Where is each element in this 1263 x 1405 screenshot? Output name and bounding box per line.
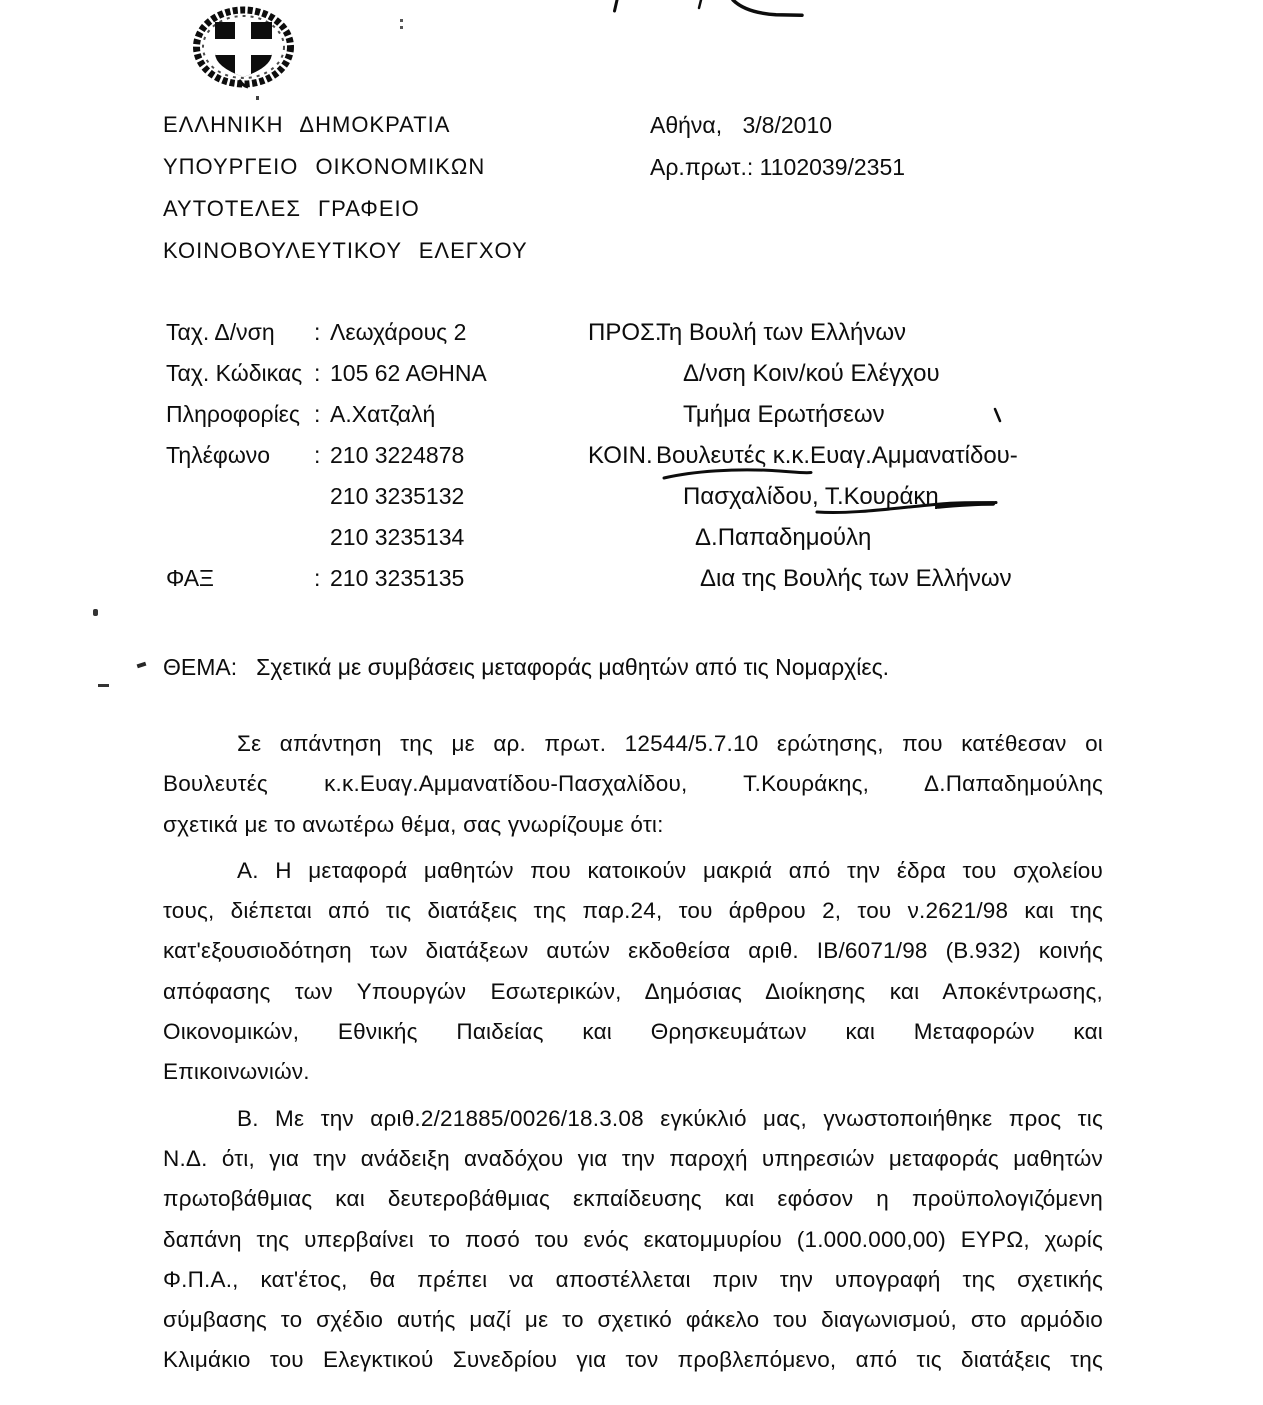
paragraph-a: Α. Η μεταφορά μαθητών που κατοικούν μακρ… [163,851,1103,1093]
scan-artifact [137,662,147,669]
document-page: ΕΛΛΗΝΙΚΗ ΔΗΜΟΚΡΑΤΙΑ ΥΠΟΥΡΓΕΙΟ ΟΙΚΟΝΟΜΙΚΩ… [0,0,1263,1405]
koin-line: Βουλευτές κ.κ.Ευαγ.Αμμανατίδου- [656,435,1018,476]
contact-block: Ταχ. Δ/νση:Λεωχάρους 2 Ταχ. Κώδικας:105 … [166,312,487,599]
koin-line: Δ.Παπαδημούλη [588,517,1148,558]
scan-artifact [256,96,259,100]
body-line: Β. Με την αριθ.2/21885/0026/18.3.08 εγκύ… [163,1099,1103,1139]
paragraph-b: Β. Με την αριθ.2/21885/0026/18.3.08 εγκύ… [163,1099,1103,1381]
contact-label: Ταχ. Κώδικας [166,353,314,394]
body-line: Βουλευτές κ.κ.Ευαγ.Αμμανατίδου-Πασχαλίδο… [163,764,1103,804]
body-line: Σε απάντηση της με αρ. πρωτ. 12544/5.7.1… [163,724,1103,764]
contact-label: ΦΑΞ [166,558,314,599]
contact-value: 210 3235132 [330,476,464,517]
contact-row-postcode: Ταχ. Κώδικας:105 62 ΑΘΗΝΑ [166,353,487,394]
contact-sep: : [314,394,330,435]
contact-sep [314,476,330,517]
body-line: πρωτοβάθμιας και δευτεροβάθμιας εκπαίδευ… [163,1179,1103,1219]
org-line-4: ΚΟΙΝΟΒΟΥΛΕΥΤΙΚΟΥ ΕΛΕΓΧΟΥ [163,230,528,272]
subject-text: Σχετικά με συμβάσεις μεταφοράς μαθητών α… [256,654,889,680]
pros-line: Τη Βουλή των Ελλήνων [656,312,906,353]
body-line: Οικονομικών, Εθνικής Παιδείας και Θρησκε… [163,1012,1103,1052]
contact-label: Τηλέφωνο [166,435,314,476]
contact-label [166,517,314,558]
city-date: Αθήνα, 3/8/2010 [650,104,905,146]
pros-label: ΠΡΟΣ. [588,312,656,353]
body-line: σύμβασης το σχέδιο αυτής μαζί με το σχετ… [163,1300,1103,1340]
letterhead-org: ΕΛΛΗΝΙΚΗ ΔΗΜΟΚΡΑΤΙΑ ΥΠΟΥΡΓΕΙΟ ΟΙΚΟΝΟΜΙΚΩ… [163,104,528,272]
contact-label: Ταχ. Δ/νση [166,312,314,353]
contact-value: 210 3224878 [330,435,464,476]
org-line-3: ΑΥΤΟΤΕΛΕΣ ΓΡΑΦΕΙΟ [163,188,528,230]
body-line: Φ.Π.Α., κατ'έτος, θα πρέπει να αποστέλλε… [163,1260,1103,1300]
contact-value: Λεωχάρους 2 [330,312,466,353]
recipients-block: ΠΡΟΣ.Τη Βουλή των Ελλήνων Δ/νση Κοιν/κού… [588,312,1148,599]
koin-line: Δια της Βουλής των Ελλήνων [588,558,1148,599]
contact-row-fax: ΦΑΞ:210 3235135 [166,558,487,599]
contact-sep: : [314,558,330,599]
body-line: σχετικά με το ανωτέρω θέμα, σας γνωρίζου… [163,805,1103,845]
org-line-2: ΥΠΟΥΡΓΕΙΟ ΟΙΚΟΝΟΜΙΚΩΝ [163,146,528,188]
contact-value: 210 3235134 [330,517,464,558]
body-line: τους, διέπεται από τις διατάξεις της παρ… [163,891,1103,931]
pros-line: Τμήμα Ερωτήσεων [588,394,1148,435]
contact-value: Α.Χατζαλή [330,394,435,435]
org-line-1: ΕΛΛΗΝΙΚΗ ΔΗΜΟΚΡΑΤΙΑ [163,104,528,146]
date-protocol-block: Αθήνα, 3/8/2010 Αρ.πρωτ.: 1102039/2351 [650,104,905,188]
scan-artifact [93,609,98,616]
contact-label: Πληροφορίες [166,394,314,435]
contact-label [166,476,314,517]
contact-value: 210 3235135 [330,558,464,599]
pros-line: Δ/νση Κοιν/κού Ελέγχου [588,353,1148,394]
body-line: Α. Η μεταφορά μαθητών που κατοικούν μακρ… [163,851,1103,891]
hand-stroke-top [615,0,803,15]
body-line: δαπάνη της υπερβαίνει το ποσό του ενός ε… [163,1220,1103,1260]
koin-label: ΚΟΙΝ. [588,435,656,476]
letter-body: Σε απάντηση της με αρ. πρωτ. 12544/5.7.1… [163,724,1103,1381]
contact-sep [314,517,330,558]
contact-sep: : [314,435,330,476]
contact-row-phone-3: 210 3235134 [166,517,487,558]
contact-row-address: Ταχ. Δ/νση:Λεωχάρους 2 [166,312,487,353]
paragraph-intro: Σε απάντηση της με αρ. πρωτ. 12544/5.7.1… [163,724,1103,845]
contact-sep: : [314,353,330,394]
koin-line: Πασχαλίδου, Τ.Κουράκη [588,476,1148,517]
scan-artifact [400,19,403,22]
contact-row-info: Πληροφορίες:Α.Χατζαλή [166,394,487,435]
scan-artifact [98,684,109,687]
body-line: απόφασης των Υπουργών Εσωτερικών, Δημόσι… [163,972,1103,1012]
greek-coat-of-arms-icon [192,6,295,90]
body-line: Κλιμάκιο του Ελεγκτικού Συνεδρίου για το… [163,1340,1103,1380]
koin-row: ΚΟΙΝ.Βουλευτές κ.κ.Ευαγ.Αμμανατίδου- [588,435,1148,476]
subject-line: ΘΕΜΑ:Σχετικά με συμβάσεις μεταφοράς μαθη… [163,650,889,684]
subject-label: ΘΕΜΑ: [163,654,237,680]
body-line: Ν.Δ. ότι, για την ανάδειξη αναδόχου για … [163,1139,1103,1179]
pros-row: ΠΡΟΣ.Τη Βουλή των Ελλήνων [588,312,1148,353]
contact-value: 105 62 ΑΘΗΝΑ [330,353,487,394]
protocol-number: Αρ.πρωτ.: 1102039/2351 [650,146,905,188]
contact-row-phone-1: Τηλέφωνο:210 3224878 [166,435,487,476]
contact-row-phone-2: 210 3235132 [166,476,487,517]
body-line: κατ'εξουσιοδότηση των διατάξεων αυτών εκ… [163,931,1103,971]
contact-sep: : [314,312,330,353]
body-line: Επικοινωνιών. [163,1052,1103,1092]
